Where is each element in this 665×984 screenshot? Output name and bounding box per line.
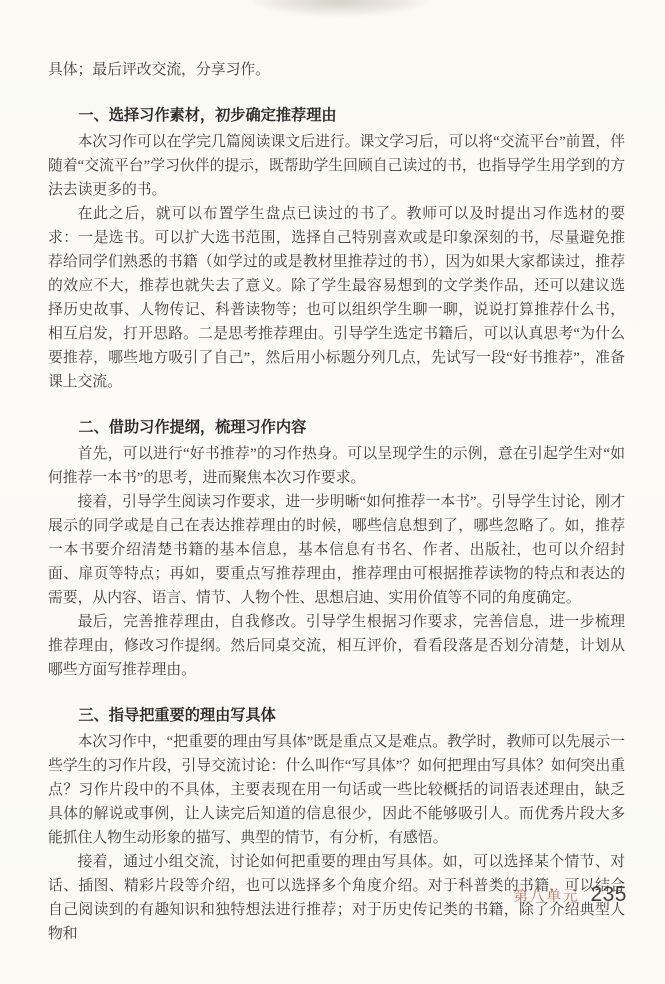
- page-footer: 第八单元 235: [513, 883, 627, 907]
- section-2-paragraph-3: 最后，完善推荐理由，自我修改。引导学生根据习作要求，完善信息，进一步梳理推荐理由…: [48, 610, 625, 682]
- section-1: 一、选择习作素材，初步确定推荐理由 本次习作可以在学完几篇阅读课文后进行。课文学…: [48, 104, 625, 394]
- unit-label: 第八单元: [513, 885, 579, 906]
- section-1-paragraph-2: 在此之后，就可以布置学生盘点已读过的书了。教师可以及时提出习作选材的要求：一是选…: [48, 202, 625, 394]
- opening-paragraph: 具体；最后评改交流，分享习作。: [48, 58, 625, 82]
- section-2-paragraph-1: 首先，可以进行“好书推荐”的习作热身。可以呈现学生的示例，意在引起学生对“如何推…: [48, 442, 625, 490]
- page-content: 具体；最后评改交流，分享习作。 一、选择习作素材，初步确定推荐理由 本次习作可以…: [0, 0, 665, 946]
- page-number: 235: [590, 883, 627, 907]
- section-3-paragraph-1: 本次习作中，“把重要的理由写具体”既是重点又是难点。教学时，教师可以先展示一些学…: [48, 730, 625, 850]
- section-2-paragraph-2: 接着，引导学生阅读习作要求，进一步明晰“如何推荐一本书”。引导学生讨论，刚才展示…: [48, 490, 625, 610]
- section-2: 二、借助习作提纲，梳理习作内容 首先，可以进行“好书推荐”的习作热身。可以呈现学…: [48, 416, 625, 682]
- section-3: 三、指导把重要的理由写具体 本次习作中，“把重要的理由写具体”既是重点又是难点。…: [48, 704, 625, 946]
- section-2-heading: 二、借助习作提纲，梳理习作内容: [48, 416, 625, 440]
- section-1-heading: 一、选择习作素材，初步确定推荐理由: [48, 104, 625, 128]
- scanned-book-page: 具体；最后评改交流，分享习作。 一、选择习作素材，初步确定推荐理由 本次习作可以…: [0, 0, 665, 984]
- section-1-paragraph-1: 本次习作可以在学完几篇阅读课文后进行。课文学习后，可以将“交流平台”前置，伴随着…: [48, 130, 625, 202]
- section-3-heading: 三、指导把重要的理由写具体: [48, 704, 625, 728]
